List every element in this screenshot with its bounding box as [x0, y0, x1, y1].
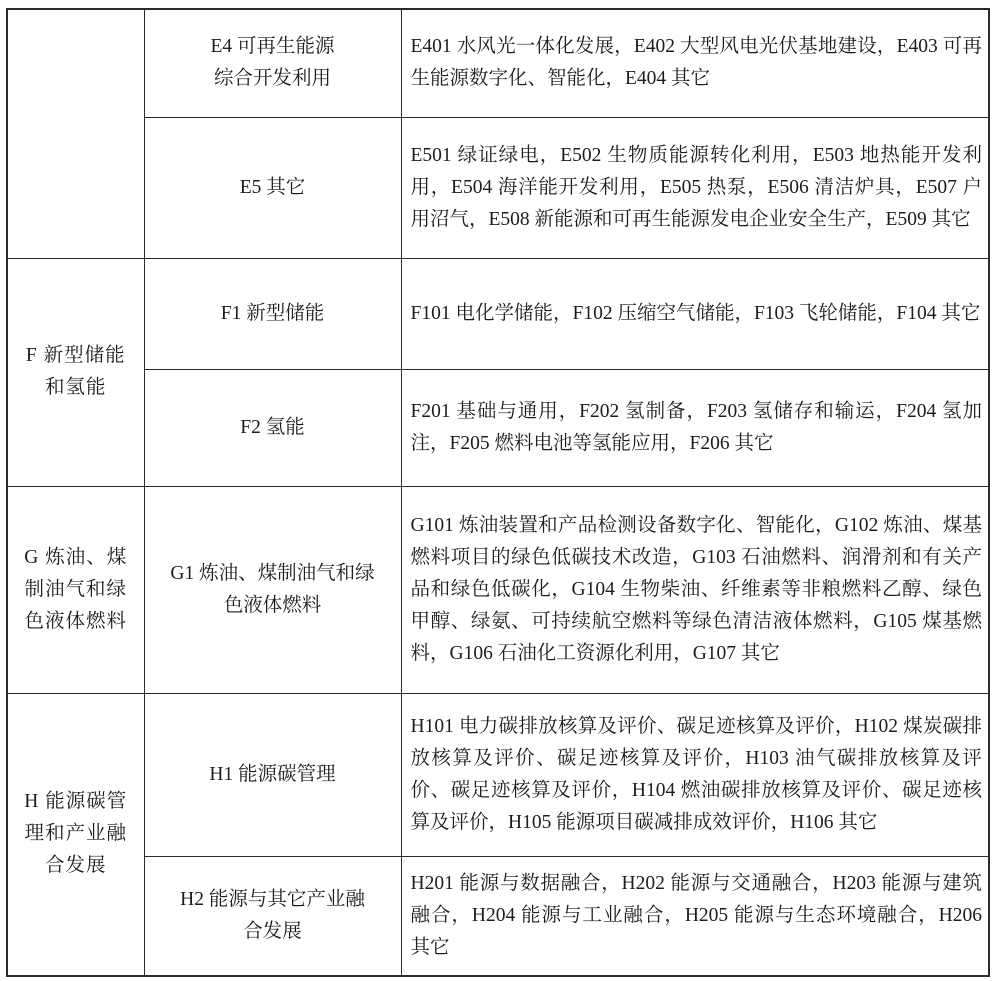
subcategory-cell-f1: F1 新型储能	[144, 258, 401, 369]
table-row: F 新型储能 和氢能 F1 新型储能 F101 电化学储能，F102 压缩空气储…	[7, 258, 989, 369]
table-row: G 炼油、煤 制油气和绿 色液体燃料 G1 炼油、煤制油气和绿 色液体燃料 G1…	[7, 486, 989, 693]
subcategory-cell-h1: H1 能源碳管理	[144, 693, 401, 856]
table-row: E4 可再生能源 综合开发利用 E401 水风光一体化发展，E402 大型风电光…	[7, 9, 989, 117]
detail-cell-f2: F201 基础与通用，F202 氢制备，F203 氢储存和输运，F204 氢加注…	[401, 369, 989, 486]
category-cell-f: F 新型储能 和氢能	[7, 258, 144, 486]
detail-cell-h2: H201 能源与数据融合，H202 能源与交通融合，H203 能源与建筑融合，H…	[401, 856, 989, 976]
subcategory-cell-g1: G1 炼油、煤制油气和绿 色液体燃料	[144, 486, 401, 693]
subcategory-cell-e5: E5 其它	[144, 117, 401, 258]
detail-cell-h1: H101 电力碳排放核算及评价、碳足迹核算及评价，H102 煤炭碳排放核算及评价…	[401, 693, 989, 856]
detail-cell-e4: E401 水风光一体化发展，E402 大型风电光伏基地建设，E403 可再生能源…	[401, 9, 989, 117]
detail-cell-e5: E501 绿证绿电，E502 生物质能源转化利用，E503 地热能开发利用，E5…	[401, 117, 989, 258]
subcategory-cell-f2: F2 氢能	[144, 369, 401, 486]
detail-cell-f1: F101 电化学储能，F102 压缩空气储能，F103 飞轮储能，F104 其它	[401, 258, 989, 369]
detail-cell-g1: G101 炼油装置和产品检测设备数字化、智能化，G102 炼油、煤基燃料项目的绿…	[401, 486, 989, 693]
subcategory-cell-h2: H2 能源与其它产业融 合发展	[144, 856, 401, 976]
category-cell-h: H 能源碳管 理和产业融 合发展	[7, 693, 144, 976]
table-row: H 能源碳管 理和产业融 合发展 H1 能源碳管理 H101 电力碳排放核算及评…	[7, 693, 989, 856]
table-row: F2 氢能 F201 基础与通用，F202 氢制备，F203 氢储存和输运，F2…	[7, 369, 989, 486]
subcategory-cell-e4: E4 可再生能源 综合开发利用	[144, 9, 401, 117]
category-cell-g: G 炼油、煤 制油气和绿 色液体燃料	[7, 486, 144, 693]
table-row: E5 其它 E501 绿证绿电，E502 生物质能源转化利用，E503 地热能开…	[7, 117, 989, 258]
category-cell-e	[7, 9, 144, 258]
table-row: H2 能源与其它产业融 合发展 H201 能源与数据融合，H202 能源与交通融…	[7, 856, 989, 976]
classification-table: E4 可再生能源 综合开发利用 E401 水风光一体化发展，E402 大型风电光…	[6, 8, 990, 977]
